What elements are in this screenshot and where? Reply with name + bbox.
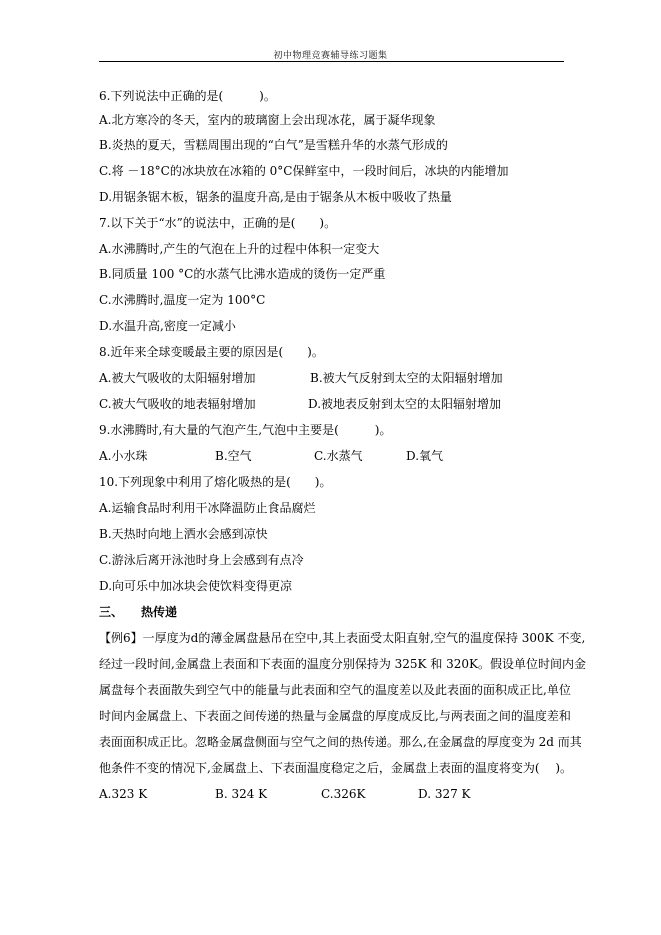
q8-stem: 8.近年来全球变暖最主要的原因是( )。 <box>99 345 324 359</box>
section-heading: 三、热传递 <box>99 605 177 619</box>
q7-option-a: A.水沸腾时,产生的气泡在上升的过程中体积一定变大 <box>99 242 379 256</box>
q9-stem: 9.水沸腾时,有大量的气泡产生,气泡中主要是( )。 <box>99 423 391 437</box>
q7-option-c: C.水沸腾时,温度一定为 100°C <box>99 293 265 307</box>
q8-option-c: C.被大气吸收的地表辐射增加 <box>99 397 256 411</box>
q8-option-a: A.被大气吸收的太阳辐射增加 <box>99 371 255 385</box>
q7-stem: 7.以下关于“水”的说法中，正确的是( )。 <box>99 216 336 230</box>
example6-option-d: D. 327 K <box>418 787 471 801</box>
example6-line-3: 属盘每个表面散失到空气中的能量与此表面和空气的温度差以及此表面的面积成正比,单位 <box>99 683 571 697</box>
q8-option-d: D.被地表反射到太空的太阳辐射增加 <box>308 397 501 411</box>
running-header: 初中物理竞赛辅导练习题集 <box>0 48 661 61</box>
example6-option-b: B. 324 K <box>215 787 267 801</box>
q6-option-b: B.炎热的夏天，雪糕周围出现的“白气”是雪糕升华的水蒸气形成的 <box>99 138 448 152</box>
q6-option-d: D.用锯条锯木板，锯条的温度升高,是由于锯条从木板中吸收了热量 <box>99 190 452 204</box>
document-page: 初中物理竞赛辅导练习题集 6.下列说法中正确的是( )。 A.北方寒冷的冬天，室… <box>0 0 661 935</box>
q7-option-b: B.同质量 100 °C的水蒸气比沸水造成的烫伤一定严重 <box>99 267 385 281</box>
q10-option-a: A.运输食品时利用干冰降温防止食品腐烂 <box>99 501 315 515</box>
example6-line-1: 【例6】一厚度为d的薄金属盘悬吊在空中,其上表面受太阳直射,空气的温度保持 30… <box>99 631 585 645</box>
section-title: 热传递 <box>141 605 177 619</box>
q9-option-d: D.氧气 <box>406 449 443 463</box>
q9-option-a: A.小水珠 <box>99 449 147 463</box>
q10-option-d: D.向可乐中加冰块会使饮料变得更凉 <box>99 579 292 593</box>
q6-stem: 6.下列说法中正确的是( )。 <box>99 89 276 103</box>
q9-option-b: B.空气 <box>215 449 252 463</box>
q10-stem: 10.下列现象中利用了熔化吸热的是( )。 <box>99 475 331 489</box>
example6-line-2: 经过一段时间,金属盘上表面和下表面的温度分别保持为 325K 和 320K。假设… <box>99 657 586 671</box>
q10-option-c: C.游泳后离开泳池时身上会感到有点冷 <box>99 553 304 567</box>
q6-option-c: C.将 －18°C的冰块放在冰箱的 0°C保鲜室中，一段时间后，冰块的内能增加 <box>99 164 508 178</box>
example6-line-4: 时间内金属盘上、下表面之间传递的热量与金属盘的厚度成反比,与两表面之间的温度差和 <box>99 709 571 723</box>
q7-option-d: D.水温升高,密度一定减小 <box>99 319 236 333</box>
example6-option-c: C.326K <box>321 787 365 801</box>
example6-line-5: 表面面积成正比。忽略金属盘侧面与空气之间的热传递。那么,在金属盘的厚度变为 2d… <box>99 735 582 749</box>
example6-line-6: 他条件不变的情况下,金属盘上、下表面温度稳定之后，金属盘上表面的温度将变为( )… <box>99 761 572 775</box>
q6-option-a: A.北方寒冷的冬天，室内的玻璃窗上会出现冰花，属于凝华现象 <box>99 113 435 127</box>
example6-option-a: A.323 K <box>99 787 147 801</box>
section-number: 三、 <box>99 605 141 619</box>
q9-option-c: C.水蒸气 <box>314 449 363 463</box>
header-rule <box>99 61 564 62</box>
q8-option-b: B.被大气反射到太空的太阳辐射增加 <box>310 371 503 385</box>
q10-option-b: B.天热时向地上洒水会感到凉快 <box>99 527 268 541</box>
